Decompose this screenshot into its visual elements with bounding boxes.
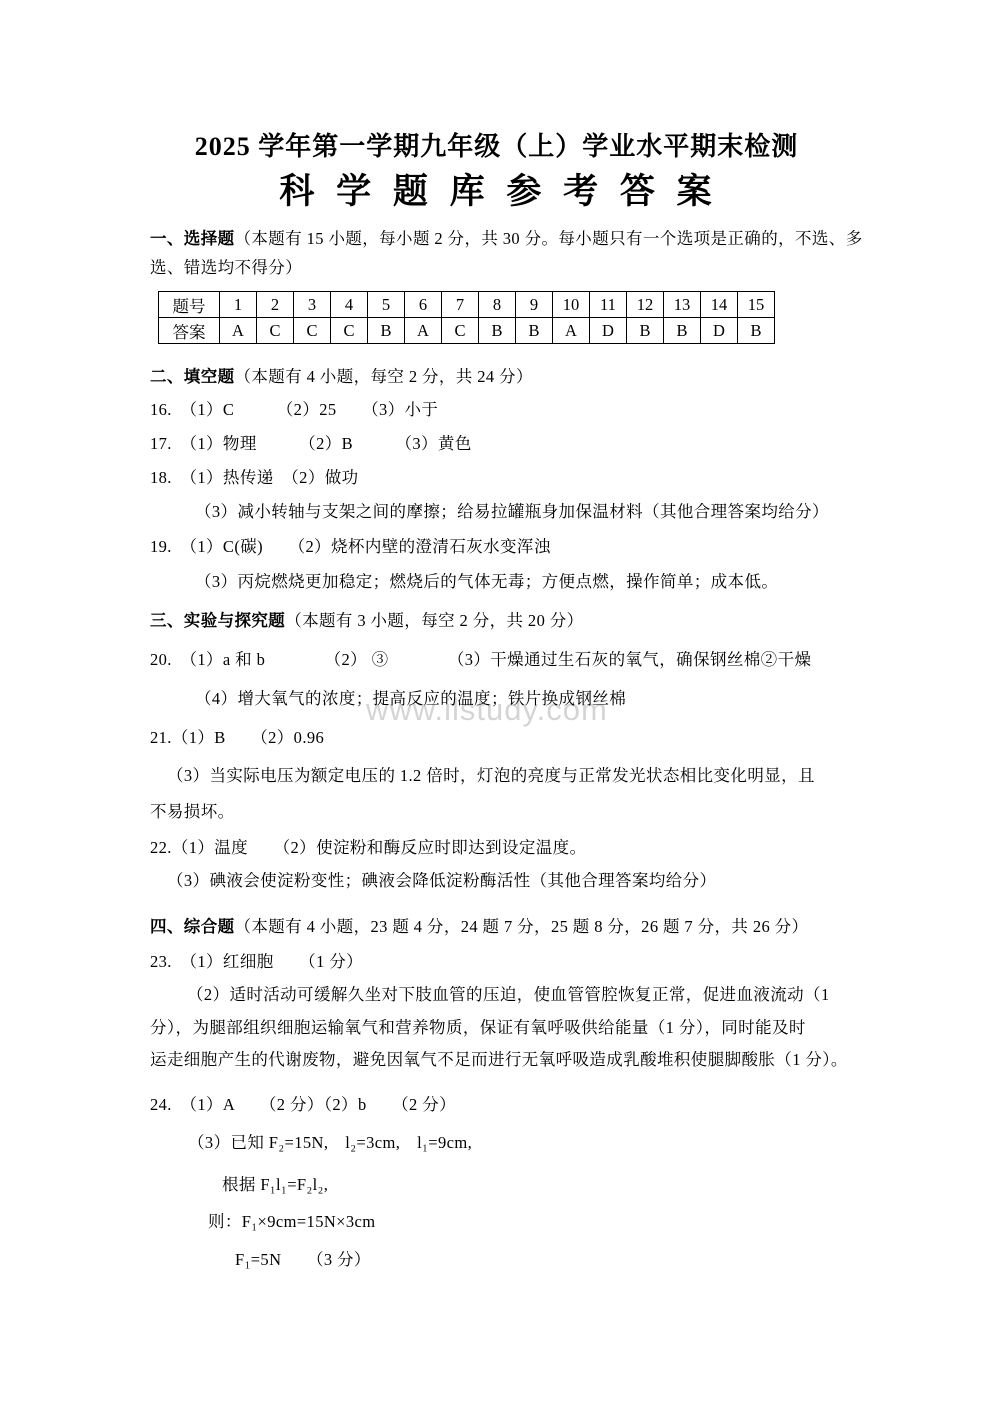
answer-line-20: 20. （1）a 和 b （2） ③ （3）干燥通过生石灰的氧气，确保钢丝棉②干…: [150, 649, 811, 670]
section-3-heading-note: （本题有 3 小题，每空 2 分，共 20 分）: [285, 611, 583, 630]
table-cell: 15: [738, 292, 775, 318]
table-cell: B: [479, 318, 516, 344]
table-cell: 13: [664, 292, 701, 318]
section-4-heading-note: （本题有 4 小题，23 题 4 分，24 题 7 分，25 题 8 分，26 …: [235, 917, 809, 936]
answer-line-18: 18. （1）热传递 （2）做功: [150, 467, 359, 488]
answer-line-21: 21.（1）B （2）0.96: [150, 727, 324, 748]
table-cell: 11: [590, 292, 627, 318]
section-1-heading-line1: 一、选择题（本题有 15 小题，每小题 2 分，共 30 分。每小题只有一个选项…: [150, 228, 863, 249]
answer-line-19-3: （3）丙烷燃烧更加稳定；燃烧后的气体无毒；方便点燃，操作简单；成本低。: [195, 571, 778, 592]
section-1-heading-bold: 一、选择题: [150, 229, 235, 248]
section-2-heading-note: （本题有 4 小题，每空 2 分，共 24 分）: [235, 367, 533, 386]
doc-title: 2025 学年第一学期九年级（上）学业水平期末检测: [0, 126, 993, 163]
table-cell: C: [442, 318, 479, 344]
table-cell: B: [368, 318, 405, 344]
table-header-question-no: 题号: [159, 292, 220, 318]
table-cell: 12: [627, 292, 664, 318]
doc-subtitle: 科 学 题 库 参 考 答 案: [0, 164, 993, 214]
section-3-heading-bold: 三、实验与探究题: [150, 611, 285, 630]
table-header-answer: 答案: [159, 318, 220, 344]
table-cell: C: [294, 318, 331, 344]
answer-line-24-3-calc: 则：F₁×9cm=15N×3cm: [208, 1211, 375, 1232]
table-cell: A: [405, 318, 442, 344]
section-2-heading: 二、填空题（本题有 4 小题，每空 2 分，共 24 分）: [150, 366, 533, 387]
table-cell: 1: [220, 292, 257, 318]
table-cell: D: [590, 318, 627, 344]
answer-line-24-3: （3）已知 F₂=15N, l₂=3cm, l₁=9cm,: [188, 1132, 472, 1153]
table-cell: 9: [516, 292, 553, 318]
table-cell: 4: [331, 292, 368, 318]
table-cell: 7: [442, 292, 479, 318]
table-cell: 5: [368, 292, 405, 318]
answer-line-23-2b: 分），为腿部组织细胞运输氧气和营养物质，保证有氧呼吸供给能量（1 分），同时能及…: [150, 1017, 806, 1038]
table-cell: 8: [479, 292, 516, 318]
table-cell: C: [331, 318, 368, 344]
table-cell: 14: [701, 292, 738, 318]
answer-line-24: 24. （1）A （2 分）（2）b （2 分）: [150, 1094, 456, 1115]
table-cell: B: [627, 318, 664, 344]
answer-line-21-3: （3）当实际电压为额定电压的 1.2 倍时，灯泡的亮度与正常发光状态相比变化明显…: [167, 765, 815, 786]
table-cell: C: [257, 318, 294, 344]
table-cell: 3: [294, 292, 331, 318]
section-4-heading: 四、综合题（本题有 4 小题，23 题 4 分，24 题 7 分，25 题 8 …: [150, 916, 808, 937]
section-1-heading-line2: 选、错选均不得分）: [150, 257, 302, 278]
section-2-heading-bold: 二、填空题: [150, 367, 235, 386]
answer-line-19: 19. （1）C(碳) （2）烧杯内壁的澄清石灰水变浑浊: [150, 536, 551, 557]
table-cell: B: [738, 318, 775, 344]
answer-line-22-3: （3）碘液会使淀粉变性；碘液会降低淀粉酶活性（其他合理答案均给分）: [167, 870, 716, 891]
table-cell: 2: [257, 292, 294, 318]
table-cell: A: [553, 318, 590, 344]
table-cell: D: [701, 318, 738, 344]
table-cell: 6: [405, 292, 442, 318]
answer-line-23-2c: 运走细胞产生的代谢废物，避免因氧气不足而进行无氧呼吸造成乳酸堆积使腿脚酸胀（1 …: [150, 1049, 848, 1070]
answer-table-row-numbers: 题号 1 2 3 4 5 6 7 8 9 10 11 12 13 14 15: [159, 292, 775, 318]
answer-line-22: 22.（1）温度 （2）使淀粉和酶反应时即达到设定温度。: [150, 837, 586, 858]
answer-line-24-3-formula: 根据 F₁l₁=F₂l₂,: [222, 1174, 328, 1195]
answer-line-23-2a: （2）适时活动可缓解久坐对下肢血管的压迫，使血管管腔恢复正常，促进血液流动（1: [187, 984, 830, 1005]
table-cell: B: [664, 318, 701, 344]
table-cell: B: [516, 318, 553, 344]
answer-line-24-3-result: F₁=5N （3 分）: [235, 1249, 371, 1270]
answer-line-20-4: （4）增大氧气的浓度；提高反应的温度；铁片换成钢丝棉: [195, 688, 626, 709]
section-4-heading-bold: 四、综合题: [150, 917, 235, 936]
answer-line-21-3-cont: 不易损坏。: [150, 801, 235, 822]
answer-table: 题号 1 2 3 4 5 6 7 8 9 10 11 12 13 14 15 答…: [158, 291, 775, 344]
table-cell: A: [220, 318, 257, 344]
answer-line-18-3: （3）减小转轴与支架之间的摩擦；给易拉罐瓶身加保温材料（其他合理答案均给分）: [195, 501, 829, 522]
document-page: www.ilstudy.com 2025 学年第一学期九年级（上）学业水平期末检…: [0, 0, 993, 1404]
section-1-heading-note: （本题有 15 小题，每小题 2 分，共 30 分。每小题只有一个选项是正确的，…: [235, 229, 863, 248]
answer-table-row-answers: 答案 A C C C B A C B B A D B B D B: [159, 318, 775, 344]
answer-line-16: 16. （1）C （2）25 （3）小于: [150, 399, 438, 420]
section-3-heading: 三、实验与探究题（本题有 3 小题，每空 2 分，共 20 分）: [150, 610, 584, 631]
answer-line-23: 23. （1）红细胞 （1 分）: [150, 951, 363, 972]
answer-line-17: 17. （1）物理 （2）B （3）黄色: [150, 433, 472, 454]
table-cell: 10: [553, 292, 590, 318]
